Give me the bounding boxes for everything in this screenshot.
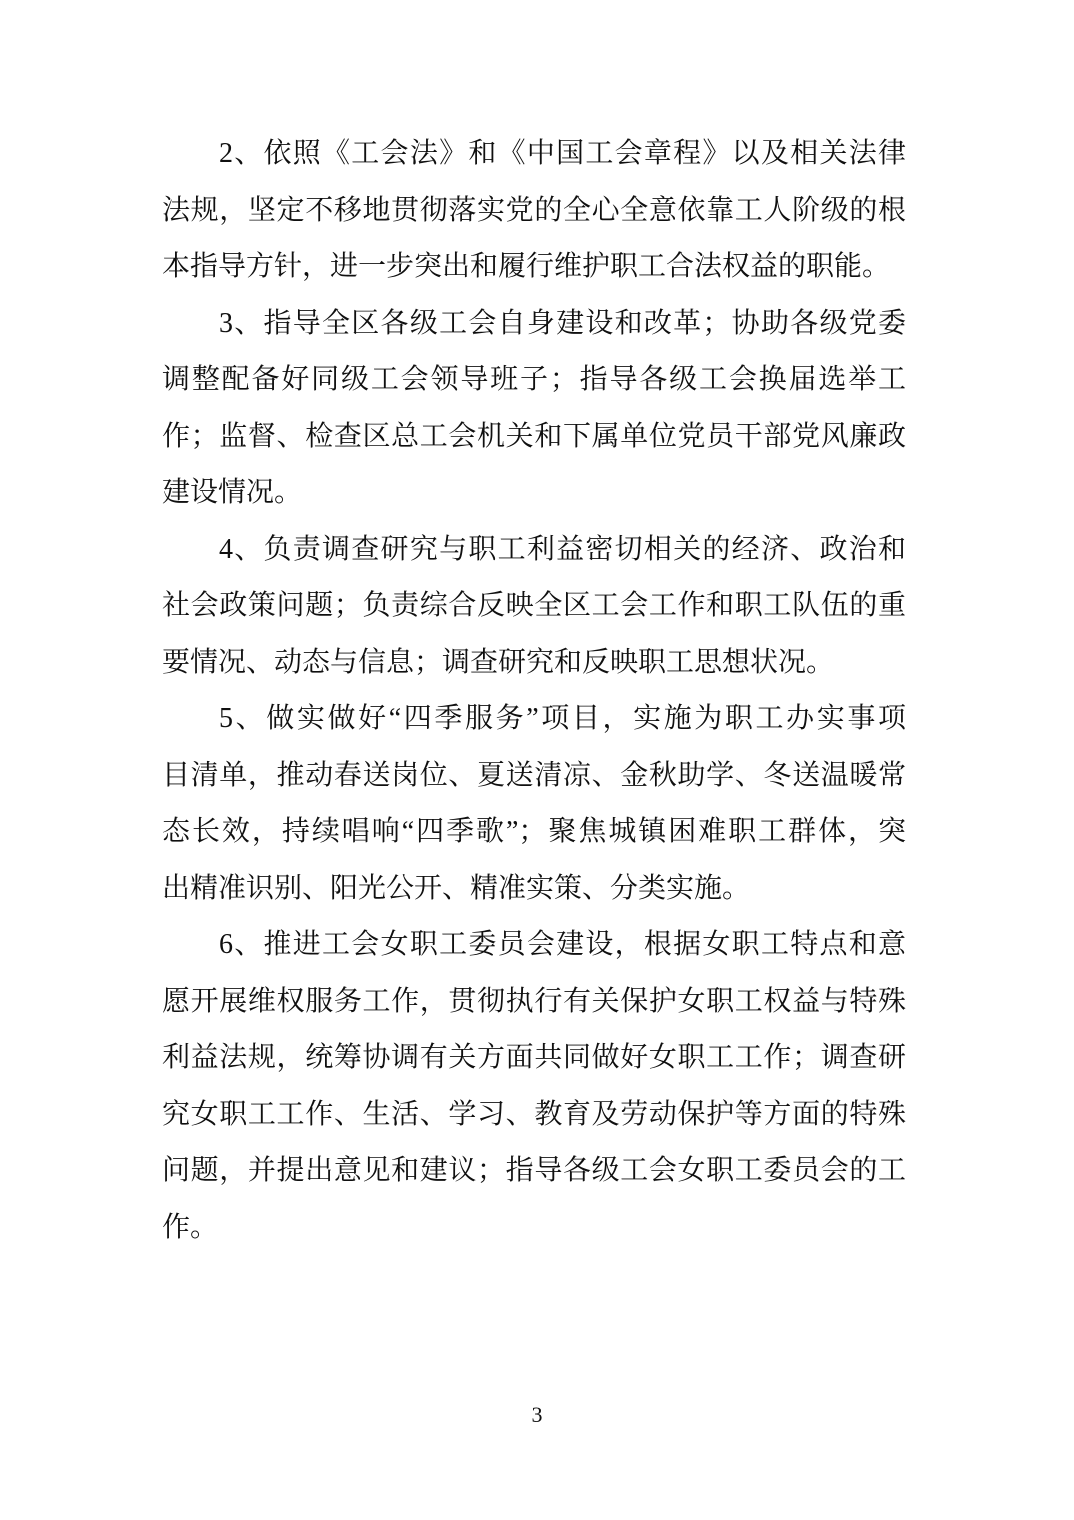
text-line: 5、做实做好“四季服务”项目，实施为职工办实事项 [162,691,906,748]
text-line: 作；监督、检查区总工会机关和下属单位党员干部党风廉政 [162,409,906,466]
text-line: 态长效，持续唱响“四季歌”；聚焦城镇困难职工群体，突 [162,804,906,861]
text-line: 建设情况。 [162,465,906,522]
text-line: 2、依照《工会法》和《中国工会章程》以及相关法律 [162,126,906,183]
paragraph: 4、负责调查研究与职工利益密切相关的经济、政治和社会政策问题；负责综合反映全区工… [162,522,906,692]
text-line: 问题，并提出意见和建议；指导各级工会女职工委员会的工 [162,1143,906,1200]
text-line: 要情况、动态与信息；调查研究和反映职工思想状况。 [162,635,906,692]
text-line: 6、推进工会女职工委员会建设，根据女职工特点和意 [162,917,906,974]
text-line: 作。 [162,1200,906,1257]
text-line: 法规，坚定不移地贯彻落实党的全心全意依靠工人阶级的根 [162,183,906,240]
document-page: 2、依照《工会法》和《中国工会章程》以及相关法律法规，坚定不移地贯彻落实党的全心… [0,0,1074,1520]
text-line: 究女职工工作、生活、学习、教育及劳动保护等方面的特殊 [162,1087,906,1144]
text-line: 4、负责调查研究与职工利益密切相关的经济、政治和 [162,522,906,579]
text-line: 目清单，推动春送岗位、夏送清凉、金秋助学、冬送温暖常 [162,748,906,805]
text-line: 愿开展维权服务工作，贯彻执行有关保护女职工权益与特殊 [162,974,906,1031]
text-line: 出精准识别、阳光公开、精准实策、分类实施。 [162,861,906,918]
paragraph: 3、指导全区各级工会自身建设和改革；协助各级党委调整配备好同级工会领导班子；指导… [162,296,906,522]
text-line: 本指导方针，进一步突出和履行维护职工合法权益的职能。 [162,239,906,296]
text-line: 社会政策问题；负责综合反映全区工会工作和职工队伍的重 [162,578,906,635]
paragraph: 5、做实做好“四季服务”项目，实施为职工办实事项目清单，推动春送岗位、夏送清凉、… [162,691,906,917]
text-line: 调整配备好同级工会领导班子；指导各级工会换届选举工 [162,352,906,409]
document-body: 2、依照《工会法》和《中国工会章程》以及相关法律法规，坚定不移地贯彻落实党的全心… [162,126,906,1256]
paragraph: 2、依照《工会法》和《中国工会章程》以及相关法律法规，坚定不移地贯彻落实党的全心… [162,126,906,296]
text-line: 利益法规，统筹协调有关方面共同做好女职工工作；调查研 [162,1030,906,1087]
text-line: 3、指导全区各级工会自身建设和改革；协助各级党委 [162,296,906,353]
page-number: 3 [0,1403,1074,1427]
paragraph: 6、推进工会女职工委员会建设，根据女职工特点和意愿开展维权服务工作，贯彻执行有关… [162,917,906,1256]
